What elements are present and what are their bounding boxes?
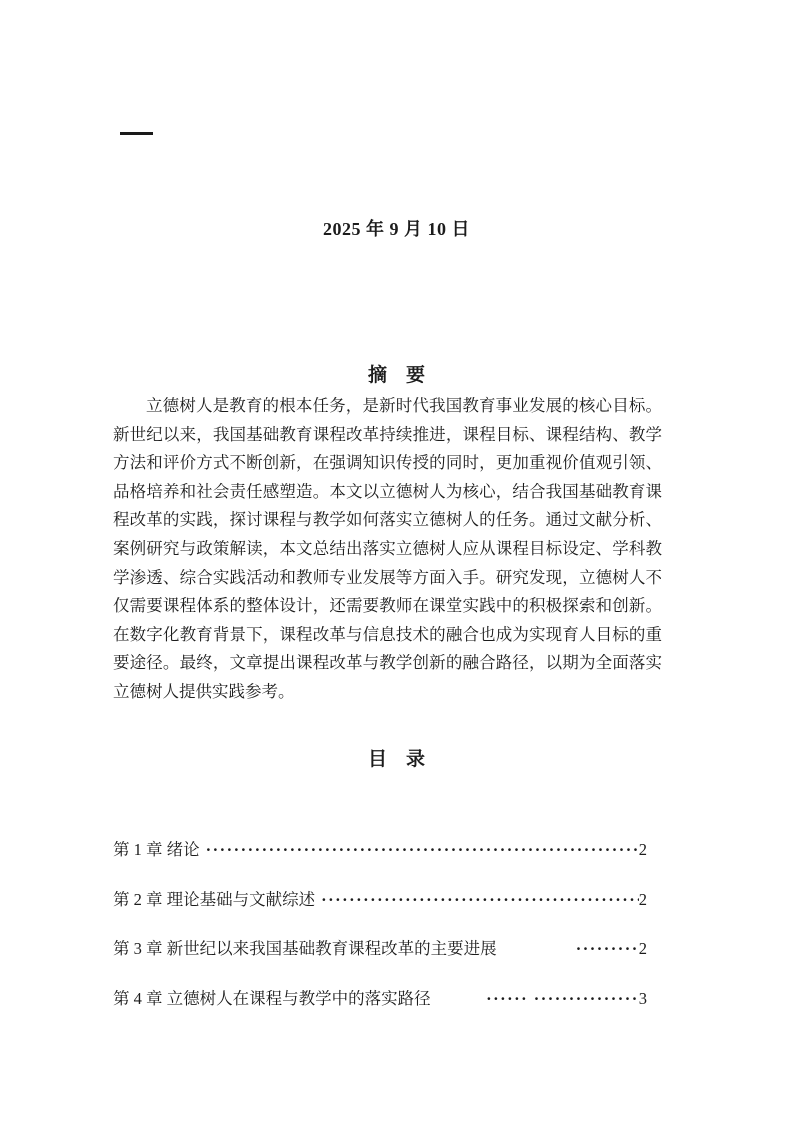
toc-entry: 第 3 章 新世纪以来我国基础教育课程改革的主要进展 ········· 2: [113, 938, 647, 960]
toc-entry: 第 4 章 立德树人在课程与教学中的落实路径 ······ ··········…: [113, 988, 647, 1010]
toc-entry-dot-leader: ········································…: [200, 839, 639, 861]
toc-entry-label: 第 4 章 立德树人在课程与教学中的落实路径: [113, 988, 431, 1010]
toc-heading: 目 录: [0, 744, 793, 771]
toc-entry-dot-leader: ········································…: [315, 889, 639, 911]
header-rule: [120, 132, 153, 135]
toc-entry-label: 第 3 章 新世纪以来我国基础教育课程改革的主要进展: [113, 938, 497, 960]
toc-entry-dot-leader: ······ ···············: [431, 988, 639, 1010]
toc-entry-label: 第 1 章 绪论: [113, 839, 200, 861]
toc-entry-page-number: 2: [639, 889, 647, 911]
abstract-body: 立德树人是教育的根本任务，是新时代我国教育事业发展的核心目标。新世纪以来，我国基…: [113, 392, 662, 707]
toc-entry: 第 1 章 绪论 ·······························…: [113, 839, 647, 861]
date-text: 2025 年 9 月 10 日: [0, 215, 793, 241]
abstract-heading: 摘 要: [0, 360, 793, 387]
toc-entry-label: 第 2 章 理论基础与文献综述: [113, 889, 315, 911]
document-page: 2025 年 9 月 10 日 摘 要 立德树人是教育的根本任务，是新时代我国教…: [0, 0, 793, 1122]
toc-entry-page-number: 2: [639, 839, 647, 861]
toc-entry-page-number: 2: [639, 938, 647, 960]
toc-entry-page-number: 3: [639, 988, 647, 1010]
toc-entry: 第 2 章 理论基础与文献综述 ························…: [113, 889, 647, 911]
toc-entry-dot-leader: ·········: [497, 938, 639, 960]
